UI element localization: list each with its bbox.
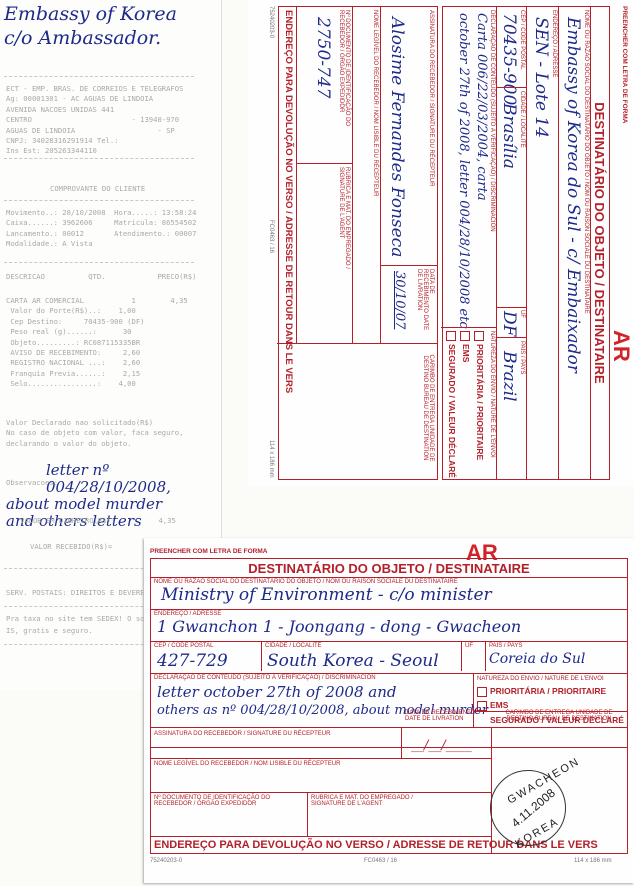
receiver-name: Alosime Fernandes Fonseca [387, 17, 407, 257]
receipt-notes: Valor Declarado nao solicitado(R$) No ca… [6, 418, 183, 449]
receipt-date-blank: __/__/____ [411, 738, 472, 753]
receipt-footer-2: Pra taxa no site tem SEDEX! O solabe [6, 614, 162, 624]
recipient-cep: 427-729 [157, 651, 228, 671]
recipient-cep: 70435-900 [499, 13, 519, 105]
receipt-section-title: COMPROVANTE DO CLIENTE [50, 184, 145, 194]
postmark: GWACHEON 4.11.2008 KOREA [490, 770, 566, 846]
ar-form-brazil: PREENCHER COM LETRA DE FORMA AR DESTINAT… [248, 0, 634, 486]
fill-instruction: PREENCHER COM LETRA DE FORMA [621, 6, 628, 123]
recipient-country: Brazil [499, 351, 519, 402]
recipient-uf: DF [499, 311, 519, 336]
valor-recebido: VALOR RECEBIDO(R$)= [30, 542, 112, 552]
recipient-city: South Korea - Seoul [267, 651, 439, 671]
receipt-items: CARTA AR COMERCIAL 1 4,35 Valor do Porte… [6, 296, 188, 390]
option-priority[interactable]: PRIORITÁRIA / PRIORITAIRE [477, 686, 606, 697]
receipt-footer-1: SERV. POSTAIS: DIREITOS E DEVERES-LEI [6, 588, 166, 598]
receiver-doc: 2750-747 [313, 17, 333, 98]
receipt-footer-3: IS, gratis e seguro. [6, 626, 93, 636]
ar-mark: AR [608, 330, 634, 362]
fill-instruction: PREENCHER COM LETRA DE FORMA [150, 548, 267, 555]
ar-form-korea: PREENCHER COM LETRA DE FORMA AR DESTINAT… [144, 538, 634, 883]
declaration-line-1: Carta 006/22/03/2004, carta [474, 13, 489, 201]
divider [4, 158, 194, 159]
divider [4, 76, 194, 77]
valor-dinheiro: VALOR EM DINHEIRO(R$): 4,35 [20, 516, 176, 526]
receipt-header-lines: ECT - EMP. BRAS. DE CORREIOS E TELEGRAFO… [6, 84, 183, 157]
recipient-name: Embassy of Korea do Sul - c/ Embaixador [563, 17, 583, 373]
receipt-box: ASSINATURA DO RECEBEDOR / SIGNATURE DU R… [278, 6, 438, 480]
recipient-box: DESTINATÁRIO DO OBJETO / DESTINATAIRE NO… [442, 6, 610, 480]
option-insured[interactable]: SEGURADO / VALEUR DÉCLARÉ [446, 331, 457, 478]
recipient-country: Coreia do Sul [489, 651, 585, 667]
recipient-address: SEN - Lote 14 [531, 17, 551, 138]
divider [4, 200, 194, 201]
divider [4, 262, 194, 263]
option-priority[interactable]: PRIORITÁRIA / PRIORITAIRE [474, 331, 485, 460]
declaration-line-1: letter october 27th of 2008 and [157, 683, 397, 701]
receipt-date: 30/10/07 [392, 271, 407, 329]
recipient-address: 1 Gwanchon 1 - Joongang - dong - Gwacheo… [157, 617, 521, 636]
receipt-handwritten-header: Embassy of Korea c/o Ambassador. [4, 2, 177, 50]
declaration-line-2: october 27th of 2008, letter 004/28/10/2… [456, 13, 471, 329]
receipt-columns: DESCRICAO QTD. PRECO(R$) [6, 272, 196, 282]
option-ems[interactable]: EMS [460, 331, 471, 362]
recipient-name: Ministry of Environment - c/o minister [161, 585, 492, 605]
receipt-info-lines: Movimento..: 28/10/2008 Hora.....: 13:58… [6, 208, 196, 250]
recipient-city: Brasília [499, 103, 519, 169]
